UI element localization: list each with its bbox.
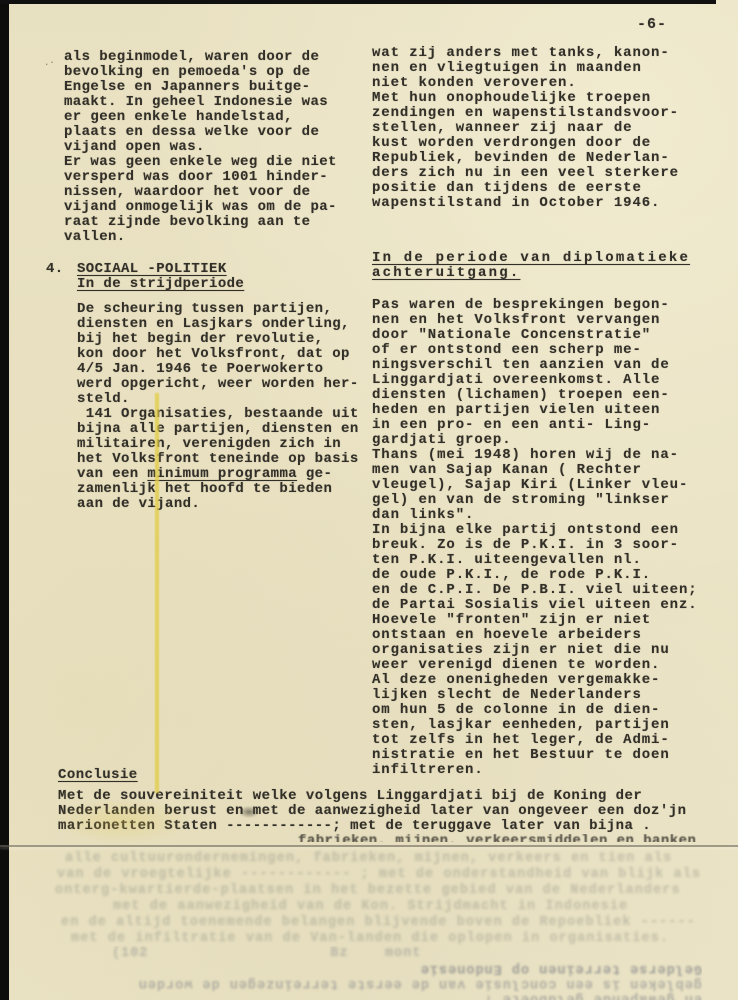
text-line: bevolking en pemoeda's op de xyxy=(64,65,364,80)
text-line: SOCIAAL -POLITIEK xyxy=(77,262,364,277)
text-line: wapenstilstand in October 1946. xyxy=(372,196,717,211)
text-line: de Partai Sosialis viel uiteen enz. xyxy=(372,598,717,613)
text-line: alle cultuurondernemingen, fabrieken, mi… xyxy=(65,851,731,867)
text-line: kust worden verdrongen door de xyxy=(372,136,717,151)
text-line: vleugel), Sajap Kiri (Linker vleu- xyxy=(372,478,717,493)
text-line: aan de vijand. xyxy=(77,497,364,512)
subsection-heading: In de periode van diplomatiekeachteruitg… xyxy=(372,251,717,281)
text-line: Thans (mei 1948) horen wij de na- xyxy=(372,448,717,463)
paragraph: Pas waren de besprekingen begon-nen en h… xyxy=(372,298,717,778)
text-line: ontstaan en hoevele arbeiders xyxy=(372,628,717,643)
section-number: 4. xyxy=(46,262,64,277)
text-line: positie dan tijdens de eerste xyxy=(372,181,717,196)
text-line: Gelderse terreinen op Endonesie xyxy=(117,961,702,976)
text-line: breuk. Zo is de P.K.I. in 3 soor- xyxy=(372,538,717,553)
text-line: niet konden veroveren. xyxy=(372,76,717,91)
text-line: Hoevele "fronten" zijn er niet xyxy=(372,613,717,628)
text-line: of er ontstond een scherp me- xyxy=(372,343,717,358)
text-line: Republiek, bevinden de Nederlan- xyxy=(372,151,717,166)
paragraph: wat zij anders met tanks, kanon-nen en v… xyxy=(372,46,717,211)
text-line: gardjati groep. xyxy=(372,433,717,448)
text-line: sten, lasjkar eenheden, partijen xyxy=(372,718,717,733)
text-line: van een minimum programma ge- xyxy=(77,467,364,482)
text-segment: ge- xyxy=(297,466,332,482)
text-line: raat zijnde bevolking aan te xyxy=(64,215,364,230)
left-column: als beginmodel, waren door debevolking e… xyxy=(64,50,364,512)
text-line: er geen enkele handelstad, xyxy=(64,110,364,125)
text-line: stellen, wanneer zij naar de xyxy=(372,121,717,136)
ink-smudge xyxy=(239,806,259,818)
text-line: en de altijd toenemende belangen blijven… xyxy=(61,915,731,931)
text-line: Linggardjati overeenkomst. Alle xyxy=(372,373,717,388)
text-line: In de periode van diplomatieke xyxy=(372,251,717,266)
text-line: bij het begin der revolutie, xyxy=(77,332,364,347)
text-line: Engelse en Japanners buitge- xyxy=(64,80,364,95)
text-line: diensten en Lasjkars onderling, xyxy=(77,317,364,332)
text-line: militairen, verenigden zich in xyxy=(77,437,364,452)
document-page: -6- .· als beginmodel, waren door debevo… xyxy=(0,0,738,1000)
text-line: bijna alle partijen, diensten en xyxy=(77,422,364,437)
text-line: achteruitgang. xyxy=(372,266,717,281)
text-line: gel) en van de stroming "linkser xyxy=(372,493,717,508)
text-line: organisaties zijn er niet die nu xyxy=(372,643,717,658)
text-line: dan links". xyxy=(372,508,717,523)
text-line: om hun 5 de colonne in de dien- xyxy=(372,703,717,718)
text-line: ten P.K.I. uiteengevallen nl. xyxy=(372,553,717,568)
text-line: nen en het Volksfront vervangen xyxy=(372,313,717,328)
text-line: vijand open was. xyxy=(64,140,364,155)
text-line: met de aanwezigheid van de Kon. Strijdma… xyxy=(113,899,731,915)
text-line: vijand onmogelijk was om de pa- xyxy=(64,200,364,215)
scan-edge-top xyxy=(0,0,716,4)
text-line: 4/5 Jan. 1946 te Poerwokerto xyxy=(77,362,364,377)
page-number: -6- xyxy=(637,17,667,32)
text-line: van de vroegtelijke ------------ ; met d… xyxy=(57,867,731,883)
bleedthrough-text: alle cultuurondernemingen, fabrieken, mi… xyxy=(55,851,731,945)
highlight-mark xyxy=(155,393,159,793)
underlined-phrase: minimum programma xyxy=(147,466,297,482)
text-line: onterg-kwartierde-plaatsen in het bezett… xyxy=(55,883,731,899)
text-line: nissen, waardoor het voor de xyxy=(64,185,364,200)
fold-line xyxy=(0,845,738,847)
text-line: ders zich nu in een veel sterkere xyxy=(372,166,717,181)
paper-stain xyxy=(52,798,192,844)
text-line: met de infiltratie van de Van-landen die… xyxy=(71,931,731,945)
ink-speck: .· xyxy=(44,56,55,71)
section-sociaal-politiek: 4. SOCIAAL -POLITIEKIn de strijdperiode xyxy=(77,262,364,292)
bleedthrough-mirrored-text: (102 Bz montGelderse terreinen op Endone… xyxy=(62,946,702,1000)
section-heading: SOCIAAL -POLITIEKIn de strijdperiode xyxy=(77,262,364,292)
text-line: Al deze onenigheden vergemakke- xyxy=(372,673,717,688)
text-line: weer verenigd dienen te worden. xyxy=(372,658,717,673)
text-line: men van Sajap Kanan ( Rechter xyxy=(372,463,717,478)
text-line: fabrieken, mijnen, verkeersmiddelen en b… xyxy=(298,834,728,842)
text-line: versperd was door 1001 hinder- xyxy=(64,170,364,185)
text-line: In de strijdperiode xyxy=(77,277,364,292)
text-line: en de C.P.I. De P.B.I. viel uiteen; xyxy=(372,583,717,598)
text-line: plaats en dessa welke voor de xyxy=(64,125,364,140)
text-line: gebleken is een conclusie van de eerste … xyxy=(80,976,702,991)
text-line: werd opgericht, weer worden her- xyxy=(77,377,364,392)
scan-edge-left xyxy=(0,0,9,1000)
text-line: maakt. In geheel Indonesie was xyxy=(64,95,364,110)
text-line: nen en vliegtuigen in maanden xyxy=(372,61,717,76)
text-line: door "Nationale Concenstratie" xyxy=(372,328,717,343)
text-line: tot zelfs in het leger, de Admi- xyxy=(372,733,717,748)
right-column: wat zij anders met tanks, kanon-nen en v… xyxy=(372,46,717,778)
text-line: (102 Bz mont xyxy=(112,946,702,961)
text-line: steld. xyxy=(77,392,364,407)
text-line: In bijna elke partij ontstond een xyxy=(372,523,717,538)
text-line: nistratie en het Bestuur te doen xyxy=(372,748,717,763)
text-line: lijken slecht de Nederlanders xyxy=(372,688,717,703)
paragraph: als beginmodel, waren door debevolking e… xyxy=(64,50,364,245)
text-line: Met hun onophoudelijke troepen xyxy=(372,91,717,106)
text-line: als beginmodel, waren door de xyxy=(64,50,364,65)
text-line: de oude P.K.I., de rode P.K.I. xyxy=(372,568,717,583)
text-line: in een pro- en een anti- Ling- xyxy=(372,418,717,433)
text-line: diensten (lichamen) troepen een- xyxy=(372,388,717,403)
text-line: De scheuring tussen partijen, xyxy=(77,302,364,317)
text-segment: van een xyxy=(77,466,147,482)
text-line: ningsverschil ten aanzien van de xyxy=(372,358,717,373)
paragraph: De scheuring tussen partijen,diensten en… xyxy=(77,302,364,512)
text-line: zendingen en wapenstilstandsvoor- xyxy=(372,106,717,121)
text-line: wat zij anders met tanks, kanon- xyxy=(372,46,717,61)
text-line: vallen. xyxy=(64,230,364,245)
text-line: Pas waren de besprekingen begon- xyxy=(372,298,717,313)
text-line: zamenlijk het hoofd te bieden xyxy=(77,482,364,497)
text-line: het Volksfront teneinde op basis xyxy=(77,452,364,467)
text-line: kon door het Volksfront, dat op xyxy=(77,347,364,362)
text-line: heden en partijen vielen uiteen xyxy=(372,403,717,418)
text-line: 141 Organisaties, bestaande uit xyxy=(77,407,364,422)
text-line: en gewapende geldboete ! xyxy=(104,991,702,1000)
text-line: Er was geen enkele weg die niet xyxy=(64,155,364,170)
